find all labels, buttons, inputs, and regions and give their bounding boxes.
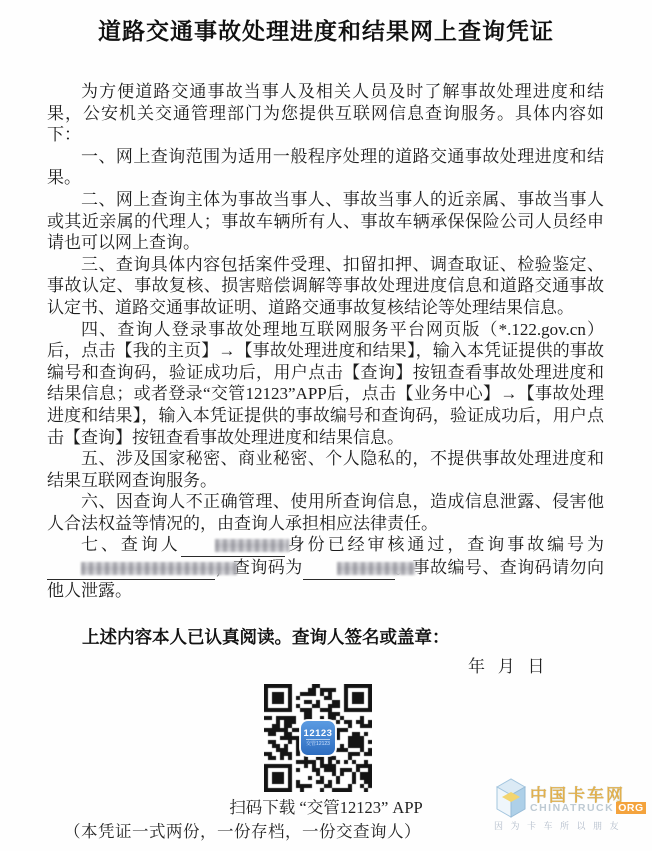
item-3-paragraph: 三、查询具体内容包括案件受理、扣留扣押、调查取证、检验鉴定、事故认定、事故复核、…: [47, 254, 604, 319]
watermark-org-badge: ORG: [616, 802, 645, 814]
mosaic-blur: [215, 539, 289, 552]
app-icon-number: 12123: [304, 728, 333, 739]
document-title: 道路交通事故处理进度和结果网上查询凭证: [0, 13, 652, 46]
intro-paragraph: 为方便道路交通事故当事人及相关人员及时了解事故处理进度和结果，公安机关交通管理部…: [47, 81, 604, 146]
item-5-paragraph: 五、涉及国家秘密、商业秘密、个人隐私的，不提供事故处理进度和结果互联网查询服务。: [47, 448, 604, 491]
item-6-paragraph: 六、因查询人不正确管理、使用所查询信息，造成信息泄露、侵害他人合法权益等情况的，…: [47, 491, 604, 534]
item-7-mid1: 身份已经审核通过，查询事故编号为: [285, 535, 604, 554]
redacted-applicant-name: [181, 539, 285, 557]
confirmation-line: 上述内容本人已认真阅读。查询人签名或盖章：: [47, 624, 604, 649]
watermark-tagline: 因为卡车所以朋友: [494, 819, 646, 832]
watermark: 中国卡车网 CHINATRUCKORG 因为卡车所以朋友: [492, 775, 648, 837]
chinatruck-logo-icon: [494, 776, 528, 820]
date-line: 年 月 日: [468, 652, 545, 677]
watermark-en-name: CHINATRUCKORG: [530, 802, 646, 814]
footer-note: （本凭证一式两份，一份存档，一份交查询人）: [64, 818, 421, 842]
item-1-paragraph: 一、网上查询范围为适用一般程序处理的道路交通事故处理进度和结果。: [47, 146, 604, 189]
redacted-accident-number: [47, 562, 215, 580]
certificate-page: 道路交通事故处理进度和结果网上查询凭证 为方便道路交通事故当事人及相关人员及时了…: [0, 0, 652, 851]
redacted-query-code: [303, 562, 395, 580]
app-icon-subtext: 交管12123: [306, 739, 330, 748]
qr-code-block: 12123 交管12123: [264, 684, 372, 792]
item-2-paragraph: 二、网上查询主体为事故当事人、事故当事人的近亲属、事故当事人或其近亲属的代理人；…: [47, 189, 604, 254]
jiaoguan-12123-app-icon: 12123 交管12123: [301, 721, 335, 755]
item-7-lead: 七、查询人: [81, 535, 181, 554]
mosaic-blur: [337, 562, 415, 575]
item-7-paragraph: 七、查询人身份已经审核通过，查询事故编号为，查询码为。事故编号、查询码请勿向他人…: [47, 534, 604, 602]
mosaic-blur: [81, 562, 237, 575]
item-4-paragraph: 四、查询人登录事故处理地互联网服务平台网页版（*.122.gov.cn）后，点击…: [47, 319, 604, 449]
document-body: 为方便道路交通事故当事人及相关人员及时了解事故处理进度和结果，公安机关交通管理部…: [47, 81, 604, 602]
